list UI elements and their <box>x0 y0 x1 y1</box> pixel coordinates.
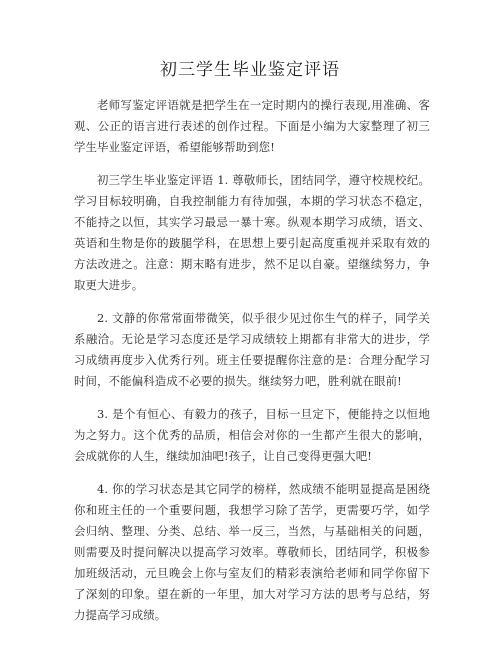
document-title: 初三学生毕业鉴定评语 <box>0 59 500 81</box>
comment-paragraph-1: 初三学生毕业鉴定评语 1. 尊敬师长，团结同学，遵守校规校纪。学习目标较明确，自… <box>74 170 430 296</box>
comment-paragraph-2: 2. 文静的你常常面带微笑，似乎很少见过你生气的样子，同学关系融洽。无论是学习态… <box>74 308 430 392</box>
comment-paragraph-3: 3. 是个有恒心、有毅力的孩子，目标一旦定下，便能持之以恒地为之努力。这个优秀的… <box>74 404 430 467</box>
document-body: 老师写鉴定评语就是把学生在一定时期内的操行表现,用准确、客观、公正的语言进行表述… <box>74 95 430 638</box>
document-page: 初三学生毕业鉴定评语 老师写鉴定评语就是把学生在一定时期内的操行表现,用准确、客… <box>0 0 500 647</box>
comment-paragraph-4: 4. 你的学习状态是其它同学的榜样，然成绩不能明显提高是困绕你和班主任的一个重要… <box>74 479 430 626</box>
intro-paragraph: 老师写鉴定评语就是把学生在一定时期内的操行表现,用准确、客观、公正的语言进行表述… <box>74 95 430 158</box>
